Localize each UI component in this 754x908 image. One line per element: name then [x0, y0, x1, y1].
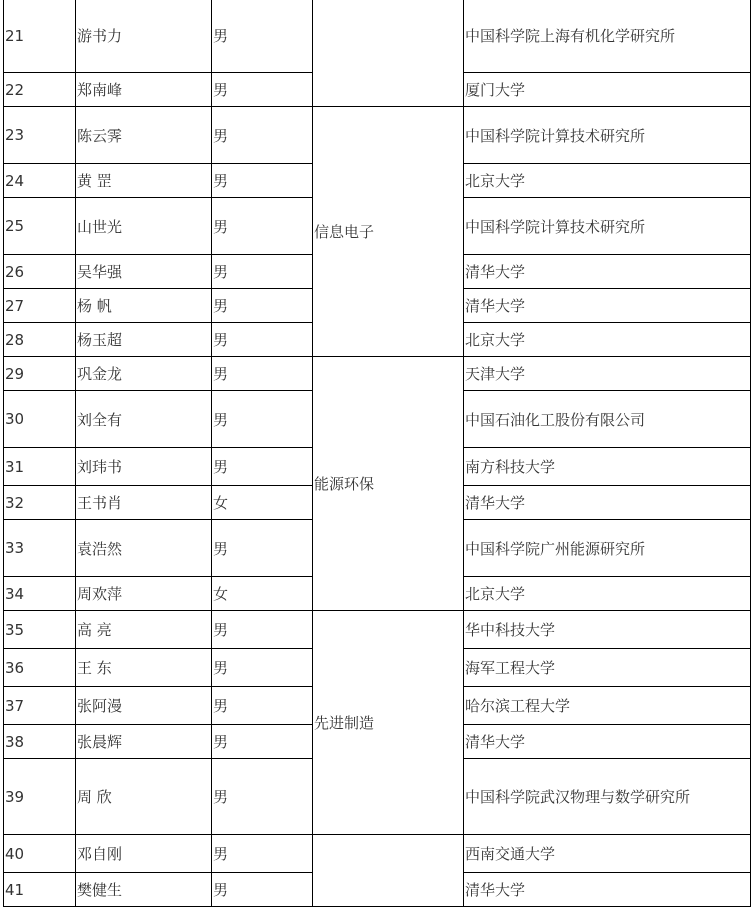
- cell-number: 32: [4, 486, 76, 520]
- cell-name: 张阿漫: [76, 687, 212, 725]
- cell-gender: 男: [212, 73, 313, 107]
- table-row: 23陈云霁男信息电子中国科学院计算技术研究所: [4, 107, 751, 164]
- cell-gender: 男: [212, 323, 313, 357]
- cell-number: 34: [4, 577, 76, 611]
- cell-gender: 男: [212, 357, 313, 391]
- cell-field: 能源环保: [313, 357, 464, 611]
- cell-gender: 男: [212, 391, 313, 448]
- cell-gender: 男: [212, 255, 313, 289]
- cell-gender: 男: [212, 164, 313, 198]
- cell-organization: 中国科学院计算技术研究所: [464, 198, 751, 255]
- cell-field: [313, 0, 464, 107]
- cell-gender: 男: [212, 289, 313, 323]
- cell-gender: 男: [212, 198, 313, 255]
- cell-organization: 清华大学: [464, 486, 751, 520]
- cell-name: 郑南峰: [76, 73, 212, 107]
- cell-organization: 清华大学: [464, 873, 751, 907]
- cell-organization: 中国科学院计算技术研究所: [464, 107, 751, 164]
- cell-organization: 哈尔滨工程大学: [464, 687, 751, 725]
- cell-gender: 男: [212, 687, 313, 725]
- cell-gender: 男: [212, 448, 313, 486]
- cell-number: 26: [4, 255, 76, 289]
- cell-number: 35: [4, 611, 76, 649]
- cell-name: 黄 罡: [76, 164, 212, 198]
- cell-organization: 中国科学院上海有机化学研究所: [464, 0, 751, 73]
- cell-name: 周欢萍: [76, 577, 212, 611]
- cell-name: 高 亮: [76, 611, 212, 649]
- cell-number: 23: [4, 107, 76, 164]
- cell-gender: 男: [212, 873, 313, 907]
- awardee-table-container: 21游书力男中国科学院上海有机化学研究所22郑南峰男厦门大学23陈云霁男信息电子…: [3, 0, 751, 907]
- cell-field: [313, 835, 464, 907]
- cell-organization: 北京大学: [464, 323, 751, 357]
- cell-organization: 西南交通大学: [464, 835, 751, 873]
- cell-organization: 中国科学院广州能源研究所: [464, 520, 751, 577]
- cell-name: 王 东: [76, 649, 212, 687]
- cell-number: 28: [4, 323, 76, 357]
- cell-gender: 男: [212, 0, 313, 73]
- cell-name: 山世光: [76, 198, 212, 255]
- cell-gender: 男: [212, 725, 313, 759]
- cell-number: 30: [4, 391, 76, 448]
- cell-number: 40: [4, 835, 76, 873]
- cell-name: 杨玉超: [76, 323, 212, 357]
- cell-number: 38: [4, 725, 76, 759]
- cell-number: 41: [4, 873, 76, 907]
- cell-organization: 南方科技大学: [464, 448, 751, 486]
- cell-organization: 清华大学: [464, 255, 751, 289]
- cell-organization: 中国石油化工股份有限公司: [464, 391, 751, 448]
- cell-organization: 海军工程大学: [464, 649, 751, 687]
- cell-organization: 清华大学: [464, 725, 751, 759]
- cell-gender: 女: [212, 577, 313, 611]
- cell-name: 袁浩然: [76, 520, 212, 577]
- cell-name: 刘全有: [76, 391, 212, 448]
- cell-gender: 男: [212, 107, 313, 164]
- cell-gender: 男: [212, 835, 313, 873]
- cell-number: 27: [4, 289, 76, 323]
- table-row: 29巩金龙男能源环保天津大学: [4, 357, 751, 391]
- cell-name: 杨 帆: [76, 289, 212, 323]
- cell-name: 王书肖: [76, 486, 212, 520]
- cell-name: 陈云霁: [76, 107, 212, 164]
- cell-organization: 天津大学: [464, 357, 751, 391]
- cell-number: 21: [4, 0, 76, 73]
- cell-organization: 厦门大学: [464, 73, 751, 107]
- table-row: 21游书力男中国科学院上海有机化学研究所: [4, 0, 751, 73]
- table-body: 21游书力男中国科学院上海有机化学研究所22郑南峰男厦门大学23陈云霁男信息电子…: [4, 0, 751, 907]
- cell-gender: 男: [212, 759, 313, 835]
- cell-gender: 男: [212, 649, 313, 687]
- awardee-table: 21游书力男中国科学院上海有机化学研究所22郑南峰男厦门大学23陈云霁男信息电子…: [3, 0, 751, 907]
- cell-name: 樊健生: [76, 873, 212, 907]
- cell-number: 29: [4, 357, 76, 391]
- cell-name: 吴华强: [76, 255, 212, 289]
- cell-gender: 男: [212, 520, 313, 577]
- cell-number: 36: [4, 649, 76, 687]
- cell-organization: 北京大学: [464, 577, 751, 611]
- cell-number: 37: [4, 687, 76, 725]
- cell-field: 信息电子: [313, 107, 464, 357]
- cell-organization: 华中科技大学: [464, 611, 751, 649]
- cell-name: 刘玮书: [76, 448, 212, 486]
- table-row: 35高 亮男先进制造华中科技大学: [4, 611, 751, 649]
- cell-name: 邓自刚: [76, 835, 212, 873]
- cell-name: 张晨辉: [76, 725, 212, 759]
- cell-organization: 中国科学院武汉物理与数学研究所: [464, 759, 751, 835]
- cell-number: 24: [4, 164, 76, 198]
- table-row: 40邓自刚男西南交通大学: [4, 835, 751, 873]
- cell-field: 先进制造: [313, 611, 464, 835]
- cell-name: 巩金龙: [76, 357, 212, 391]
- cell-gender: 女: [212, 486, 313, 520]
- cell-number: 31: [4, 448, 76, 486]
- cell-number: 33: [4, 520, 76, 577]
- cell-name: 周 欣: [76, 759, 212, 835]
- cell-number: 39: [4, 759, 76, 835]
- cell-organization: 北京大学: [464, 164, 751, 198]
- cell-number: 25: [4, 198, 76, 255]
- cell-name: 游书力: [76, 0, 212, 73]
- cell-gender: 男: [212, 611, 313, 649]
- cell-organization: 清华大学: [464, 289, 751, 323]
- cell-number: 22: [4, 73, 76, 107]
